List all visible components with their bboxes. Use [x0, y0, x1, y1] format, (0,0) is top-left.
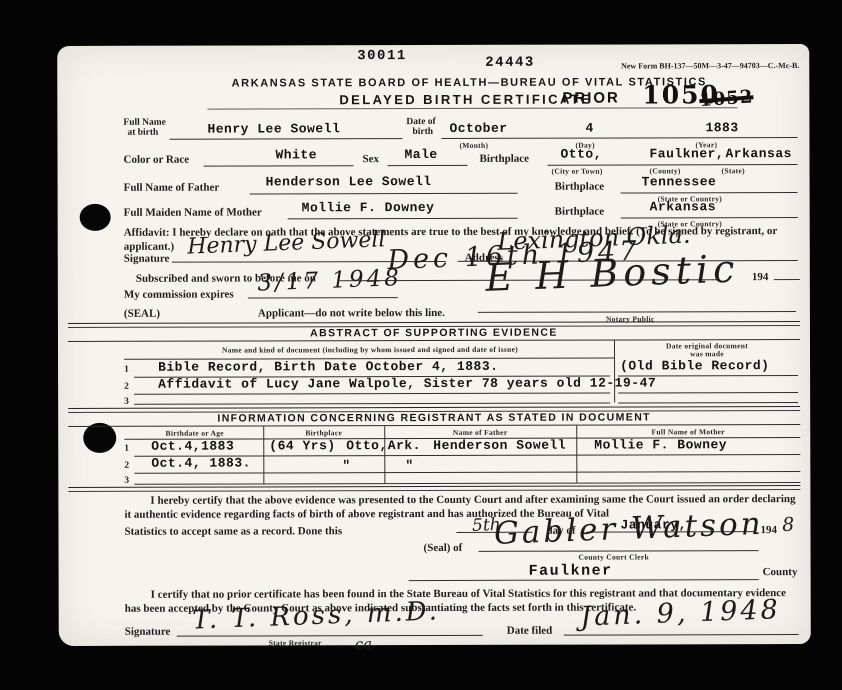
abstract-row-made-line	[618, 391, 798, 403]
full-name-value: Henry Lee Sowell	[207, 122, 340, 136]
abstract-col2-header-2: was made	[614, 350, 800, 358]
birthplace-city-value: Otto,	[560, 148, 602, 162]
commission-value: 3/17 1948	[257, 267, 402, 294]
prior-label: PRIOR	[562, 90, 620, 107]
done-year-hand: 8	[782, 514, 795, 536]
full-name-label-2: at birth	[127, 128, 158, 138]
race-label: Color or Race	[123, 154, 189, 166]
info-row-mother: Mollie F. Bowney	[594, 438, 727, 452]
registrar-signature-label: Signature	[125, 626, 171, 638]
father-birthplace-value: Tennessee	[642, 175, 717, 189]
mother-label: Full Maiden Name of Mother	[124, 206, 262, 218]
abstract-row-line	[134, 392, 610, 405]
commission-label: My commission expires	[124, 289, 234, 301]
abstract-row-num: 3	[124, 397, 129, 407]
info-row-ditto: ″	[342, 459, 350, 473]
hole-punch	[80, 204, 111, 231]
abstract-header-rule	[124, 345, 614, 360]
abstract-row-doc: Affidavit of Lucy Jane Walpole, Sister 7…	[158, 376, 656, 391]
dob-label-2: birth	[412, 127, 433, 137]
abstract-row-made: (Old Bible Record)	[620, 359, 769, 373]
info-header-birthplace: Birthplace	[263, 429, 384, 437]
info-row-num: 1	[124, 444, 129, 454]
city-caption: (City or Town)	[552, 168, 603, 176]
birthplace-county-value: Faulkner,	[649, 147, 724, 161]
info-row-father: Henderson Sowell	[433, 439, 566, 453]
registrar-signature: T. T. Ross, m.D.	[192, 600, 440, 631]
county-value: Faulkner	[529, 563, 613, 580]
info-row-birthplace: Otto,Ark.	[346, 439, 421, 453]
sex-label: Sex	[362, 153, 379, 165]
dob-day-value: 4	[585, 122, 593, 136]
notary-line	[478, 296, 796, 313]
year-stub: 194	[752, 271, 769, 283]
abstract-row-num: 1	[124, 365, 129, 375]
registrar-caption: State Registrar	[269, 639, 322, 647]
hole-punch	[83, 423, 116, 453]
no-write-label: Applicant—do not write below this line.	[258, 307, 445, 319]
court-done-this: Statistics to accept same as a record. D…	[124, 525, 342, 538]
info-row-line	[134, 471, 800, 485]
date-filed-label: Date filed	[507, 625, 553, 637]
document-title: DELAYED BIRTH CERTIFICATE	[339, 92, 592, 108]
abstract-section-title: ABSTRACT OF SUPPORTING EVIDENCE	[58, 327, 810, 340]
father-name-value: Henderson Lee Sowell	[266, 175, 432, 189]
date-filed-value: Jan. 9, 1948	[580, 599, 781, 629]
father-label: Full Name of Father	[124, 182, 220, 194]
info-row-age: (64 Yrs)	[269, 439, 335, 453]
info-section-title: INFORMATION CONCERNING REGISTRANT AS STA…	[58, 412, 810, 425]
section-divider	[68, 485, 800, 492]
info-row-num: 3	[124, 476, 129, 486]
dob-year-value: 1883	[705, 121, 738, 135]
seal-of-label: (Seal) of	[424, 542, 463, 554]
info-row-num: 2	[124, 461, 129, 471]
clerk-signature: Gabler Watson	[494, 513, 764, 545]
dob-label-1: Date of	[406, 117, 435, 127]
father-birthplace-label: Birthplace	[555, 181, 605, 193]
birthplace-state-value: Arkansas	[725, 147, 791, 161]
scanned-birth-certificate: 30011 24443 New Form BH-137—50M—3-47—947…	[0, 0, 842, 690]
abstract-row-doc: Bible Record, Birth Date October 4, 1883…	[158, 360, 498, 375]
registrar-note: ca	[355, 637, 373, 653]
signature-label: Signature	[124, 253, 170, 265]
birthplace-label: Birthplace	[479, 153, 529, 165]
county-caption: County	[763, 566, 798, 578]
info-row-birthdate: Oct.4,1883	[151, 440, 234, 454]
mother-name-value: Mollie F. Downey	[302, 201, 435, 215]
info-header-mother: Full Name of Mother	[576, 428, 800, 437]
stamp-number-right: 24443	[485, 56, 535, 71]
info-row-birthdate: Oct.4, 1883.	[151, 456, 251, 470]
stamp-number-left: 30011	[357, 49, 407, 64]
seal-label: (SEAL)	[124, 308, 160, 320]
state-caption: (State)	[722, 167, 745, 175]
abstract-row-num: 2	[124, 382, 129, 392]
race-value: White	[275, 148, 317, 162]
info-header-father: Name of Father	[384, 429, 576, 438]
info-header-birthdate: Birthdate or Age	[126, 429, 263, 437]
mother-birthplace-value: Arkansas	[650, 200, 716, 214]
mother-birthplace-label: Birthplace	[555, 206, 605, 218]
sex-value: Male	[404, 148, 437, 162]
notary-signature: E H Bostic	[485, 257, 740, 289]
full-name-label-1: Full Name	[123, 118, 166, 128]
info-row-ditto: ″	[405, 459, 413, 473]
dob-month-value: October	[449, 122, 507, 136]
month-caption: (Month)	[459, 142, 488, 150]
certificate-paper: 30011 24443 New Form BH-137—50M—3-47—947…	[57, 44, 811, 646]
form-code: New Form BH-137—50M—3-47—94703—C.-Mc-B.	[621, 61, 799, 70]
clerk-caption: County Court Clerk	[579, 553, 649, 561]
year-stub-line	[774, 264, 800, 280]
